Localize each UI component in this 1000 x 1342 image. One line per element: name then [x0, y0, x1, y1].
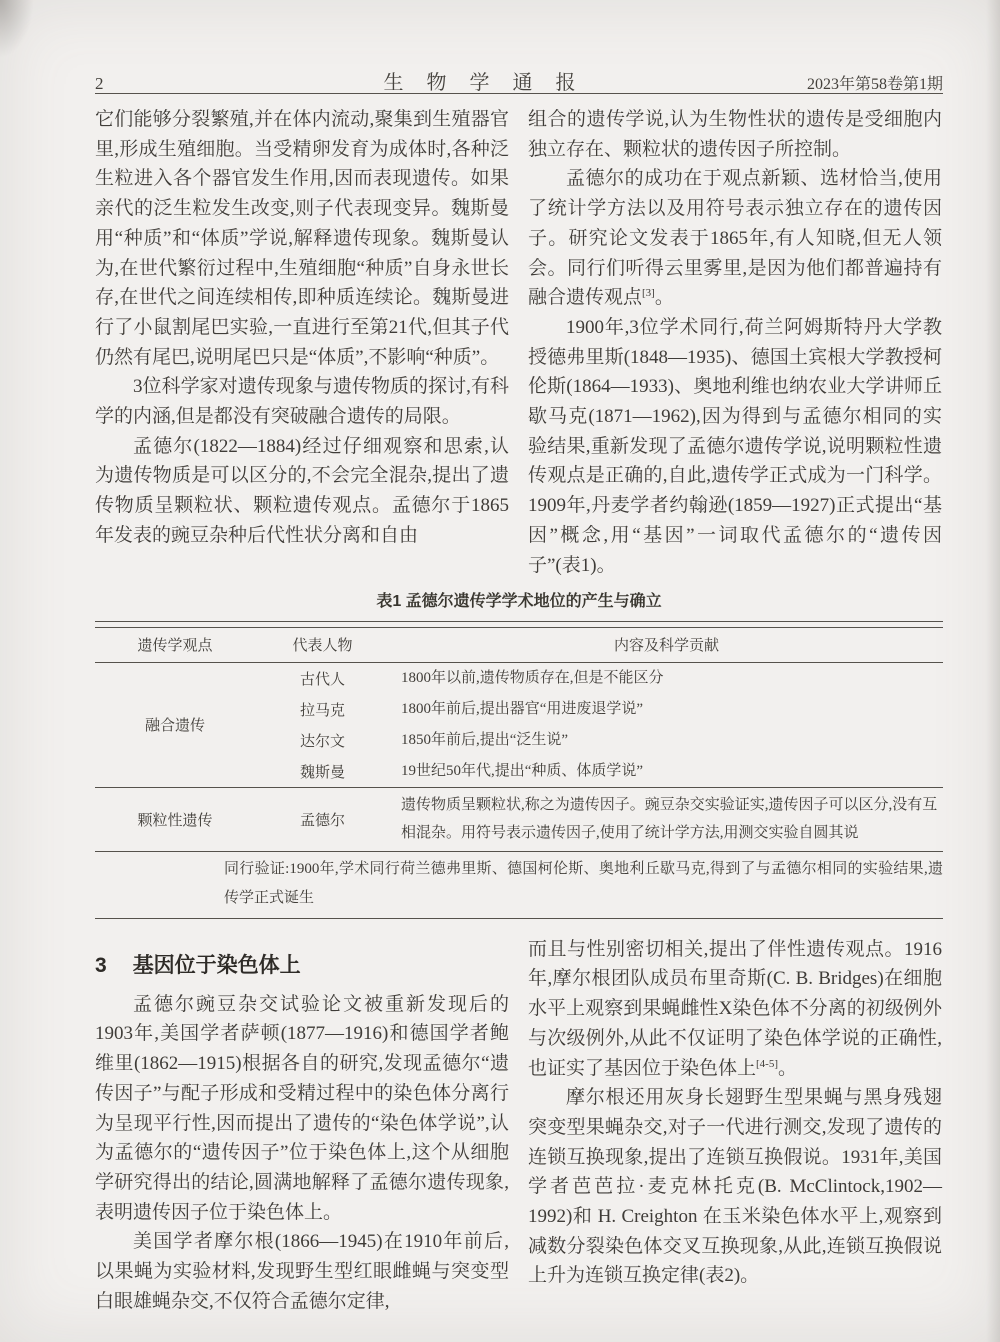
table-footnote: 同行验证:1900年,学术同行荷兰德弗里斯、德国柯伦斯、奥地利丘歇马克,得到了与…: [95, 851, 943, 918]
scan-edge-shade: [986, 0, 1000, 1342]
running-head: 2 生 物 学 通 报 2023年第58卷第1期: [95, 66, 943, 90]
body-paragraph: 组合的遗传学说,认为生物性状的遗传是受细胞内独立存在、颗粒状的遗传因子所控制。: [528, 105, 942, 164]
body-paragraph: 它们能够分裂繁殖,并在体内流动,聚集到生殖器官里,形成生殖细胞。当受精卵发育为成…: [95, 105, 509, 372]
body-paragraph: 美国学者摩尔根(1866—1945)在1910年前后,以果蝇为实验材料,发现野生…: [95, 1227, 509, 1316]
person-cell: 拉马克: [255, 694, 390, 725]
table-group-particulate: 颗粒性遗传 孟德尔 遗传物质呈颗粒状,称之为遗传因子。豌豆杂交实验证实,遗传因子…: [95, 787, 943, 851]
body-paragraph: 3位科学家对遗传现象与遗传物质的探讨,有科学的内涵,但是都没有突破融合遗传的局限…: [95, 372, 509, 431]
section-title: 基因位于染色体上: [133, 954, 301, 977]
content-cell: 1800年前后,提出器官“用进废退学说”: [390, 694, 943, 725]
content-cell: 遗传物质呈颗粒状,称之为遗传因子。豌豆杂交实验证实,遗传因子可以区分,没有互相混…: [390, 787, 943, 851]
left-column-lower: 3基因位于染色体上 孟德尔豌豆杂交试验论文被重新发现后的1903年,美国学者萨顿…: [95, 935, 509, 1317]
journal-page: 2 生 物 学 通 报 2023年第58卷第1期 它们能够分裂繁殖,并在体内流动…: [0, 0, 1000, 1342]
lower-text-columns: 3基因位于染色体上 孟德尔豌豆杂交试验论文被重新发现后的1903年,美国学者萨顿…: [95, 935, 943, 1317]
viewpoint-cell: 颗粒性遗传: [95, 787, 255, 851]
table-row: 颗粒性遗传 孟德尔 遗传物质呈颗粒状,称之为遗传因子。豌豆杂交实验证实,遗传因子…: [95, 787, 943, 851]
journal-title: 生 物 学 通 报: [215, 66, 753, 95]
viewpoint-cell: 融合遗传: [95, 662, 255, 787]
section-heading: 3基因位于染色体上: [95, 951, 509, 981]
content-cell: 1800年以前,遗传物质存在,但是不能区分: [390, 662, 943, 694]
table-group-blending: 融合遗传 古代人 1800年以前,遗传物质存在,但是不能区分 拉马克 1800年…: [95, 662, 943, 787]
body-paragraph: 孟德尔的成功在于观点新颖、选材恰当,使用了统计学方法以及用符号表示独立存在的遗传…: [528, 164, 942, 313]
section-number: 3: [95, 954, 107, 977]
person-cell: 孟德尔: [255, 787, 390, 851]
right-column-upper: 组合的遗传学说,认为生物性状的遗传是受细胞内独立存在、颗粒状的遗传因子所控制。 …: [528, 105, 942, 580]
body-paragraph: 1900年,3位学术同行,荷兰阿姆斯特丹大学教授德弗里斯(1848—1935)、…: [528, 313, 942, 580]
table-footnote-group: 同行验证:1900年,学术同行荷兰德弗里斯、德国柯伦斯、奥地利丘歇马克,得到了与…: [95, 851, 943, 918]
page-number: 2: [95, 74, 215, 94]
body-paragraph: 摩尔根还用灰身长翅野生型果蝇与黑身残翅突变型果蝇杂交,对子一代进行测交,发现了遗…: [528, 1083, 942, 1291]
person-cell: 达尔文: [255, 725, 390, 756]
content-cell: 1850年前后,提出“泛生说”: [390, 725, 943, 756]
body-paragraph: 孟德尔豌豆杂交试验论文被重新发现后的1903年,美国学者萨顿(1877—1916…: [95, 990, 509, 1228]
body-paragraph: 而且与性别密切相关,提出了伴性遗传观点。1916年,摩尔根团队成员布里奇斯(C.…: [528, 935, 942, 1084]
right-column-lower: 而且与性别密切相关,提出了伴性遗传观点。1916年,摩尔根团队成员布里奇斯(C.…: [528, 935, 942, 1317]
table1-block: 表1 孟德尔遗传学学术地位的产生与确立 遗传学观点 代表人物 内容及科学贡献 融…: [95, 590, 943, 919]
person-cell: 古代人: [255, 662, 390, 694]
column-header-person: 代表人物: [255, 628, 390, 663]
scan-corner-artifact: [0, 0, 34, 58]
table-row: 融合遗传 古代人 1800年以前,遗传物质存在,但是不能区分: [95, 662, 943, 694]
table1-caption: 表1 孟德尔遗传学学术地位的产生与确立: [95, 590, 943, 613]
left-column-upper: 它们能够分裂繁殖,并在体内流动,聚集到生殖器官里,形成生殖细胞。当受精卵发育为成…: [95, 105, 509, 580]
issue-info: 2023年第58卷第1期: [753, 71, 943, 94]
upper-text-columns: 它们能够分裂繁殖,并在体内流动,聚集到生殖器官里,形成生殖细胞。当受精卵发育为成…: [95, 105, 943, 580]
column-header-content: 内容及科学贡献: [390, 628, 943, 663]
table-footnote-row: 同行验证:1900年,学术同行荷兰德弗里斯、德国柯伦斯、奥地利丘歇马克,得到了与…: [95, 851, 943, 918]
content-cell: 19世纪50年代,提出“种质、体质学说”: [390, 756, 943, 788]
table1: 遗传学观点 代表人物 内容及科学贡献 融合遗传 古代人 1800年以前,遗传物质…: [95, 628, 943, 919]
table-header-row: 遗传学观点 代表人物 内容及科学贡献: [95, 628, 943, 663]
body-paragraph: 孟德尔(1822—1884)经过仔细观察和思索,认为遗传物质是可以区分的,不会完…: [95, 432, 509, 551]
person-cell: 魏斯曼: [255, 756, 390, 788]
column-header-viewpoint: 遗传学观点: [95, 628, 255, 663]
